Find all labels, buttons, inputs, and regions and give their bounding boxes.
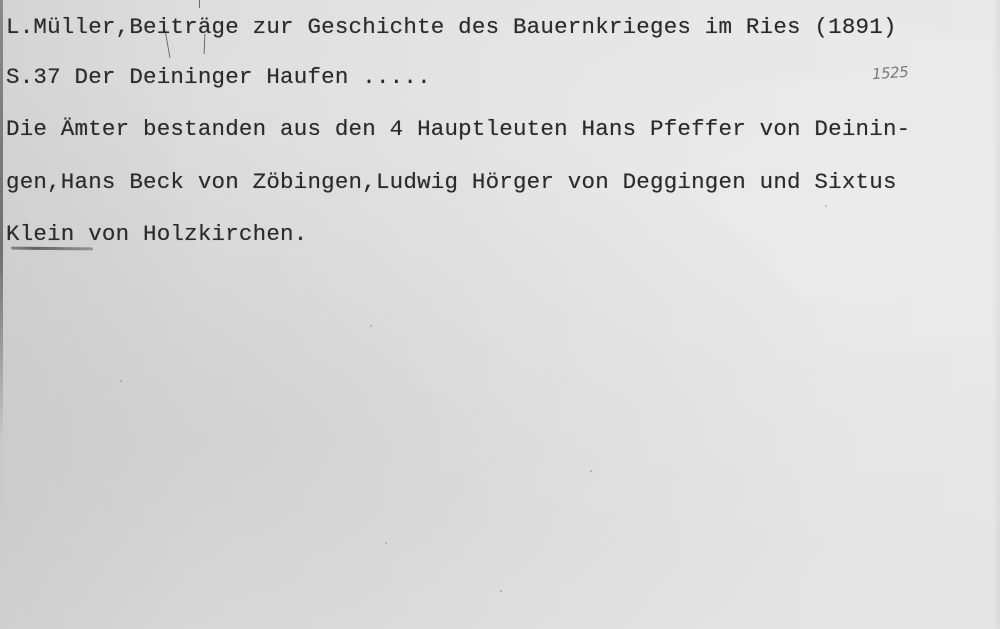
pencil-stroke-mark bbox=[199, 0, 200, 8]
paper-speck bbox=[500, 590, 502, 592]
handwritten-year-note: 1525 bbox=[871, 63, 908, 83]
paper-speck bbox=[590, 470, 592, 472]
pencil-underline-mark bbox=[11, 247, 93, 251]
page-reference-line: S.37 Der Deininger Haufen ..... bbox=[6, 66, 431, 89]
body-text-line: Die Ämter bestanden aus den 4 Hauptleute… bbox=[6, 118, 910, 141]
pencil-stroke-mark bbox=[204, 34, 206, 54]
citation-line: L.Müller,Beiträge zur Geschichte des Bau… bbox=[6, 16, 897, 39]
card-left-edge bbox=[0, 0, 3, 629]
paper-speck bbox=[385, 542, 387, 544]
body-text-line: Klein von Holzkirchen. bbox=[6, 223, 307, 246]
paper-speck bbox=[120, 380, 122, 382]
index-card: L.Müller,Beiträge zur Geschichte des Bau… bbox=[0, 0, 1000, 629]
card-right-edge bbox=[992, 0, 1000, 629]
paper-speck bbox=[825, 205, 827, 207]
body-text-line: gen,Hans Beck von Zöbingen,Ludwig Hörger… bbox=[6, 171, 897, 194]
paper-speck bbox=[370, 325, 372, 327]
